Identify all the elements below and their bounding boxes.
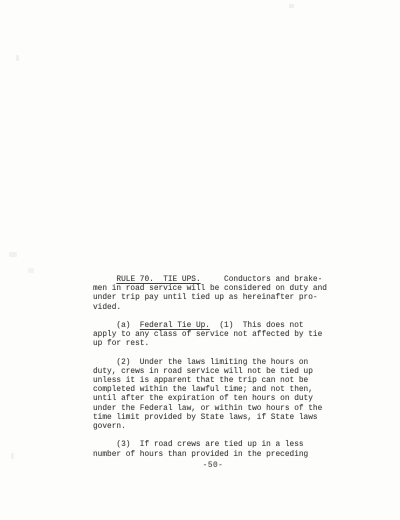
text-segment: duty, crews in road service will not be … [93, 368, 313, 376]
text-line: (a) Federal Tie Up. (1) This does not [93, 322, 333, 331]
text-line: vided. [93, 304, 333, 313]
text-line: RULE 70. TIE UPS. Conductors and brake- [93, 276, 333, 285]
text-line: duty, crews in road service will not be … [93, 368, 333, 377]
text-line: unless it is apparent that the trip can … [93, 377, 333, 386]
text-segment: up for rest. [93, 340, 149, 348]
text-segment: (a) [93, 322, 140, 330]
text-line: under the Federal law, or within two hou… [93, 405, 333, 414]
scan-artifact [289, 4, 294, 8]
page-number: -50- [93, 462, 333, 470]
text-segment: men in road service will be considered o… [93, 285, 327, 293]
text-line: (3) If road crews are tied up in a less [93, 441, 333, 450]
text-segment: completed within the lawful time; and no… [93, 386, 313, 394]
text-segment: unless it is apparent that the trip can … [93, 377, 308, 385]
text-segment: (2) Under the laws limiting the hours on [93, 359, 308, 367]
text-line: apply to any class of service not affect… [93, 331, 333, 340]
text-segment: (3) If road crews are tied up in a less [93, 441, 304, 449]
text-segment: time limit provided by State laws, if St… [93, 414, 318, 422]
text-segment [93, 276, 116, 284]
text-segment: vided. [93, 304, 121, 312]
document-page: RULE 70. TIE UPS. Conductors and brake-m… [0, 0, 400, 520]
blank-line [93, 432, 333, 441]
text-segment: Conductors and brake- [201, 276, 323, 284]
text-line: up for rest. [93, 340, 333, 349]
text-line: men in road service will be considered o… [93, 285, 333, 294]
scan-artifact [28, 268, 34, 273]
text-line: time limit provided by State laws, if St… [93, 414, 333, 423]
text-segment: under trip pay until tied up as hereinaf… [93, 294, 318, 302]
blank-line [93, 350, 333, 359]
text-line: govern. [93, 423, 333, 432]
text-segment: apply to any class of service not affect… [93, 331, 322, 339]
text-segment: until after the expiration of ten hours … [93, 395, 313, 403]
text-segment: number of hours than provided in the pre… [93, 451, 308, 459]
underlined-text: Federal Tie Up. [140, 322, 210, 330]
scan-artifact [16, 55, 19, 61]
text-line: under trip pay until tied up as hereinaf… [93, 294, 333, 303]
rule-text-block: RULE 70. TIE UPS. Conductors and brake-m… [93, 276, 333, 460]
text-line: (2) Under the laws limiting the hours on [93, 359, 333, 368]
scan-artifact [11, 453, 14, 459]
text-line: until after the expiration of ten hours … [93, 395, 333, 404]
text-segment: (1) This does not [210, 322, 304, 330]
text-line: number of hours than provided in the pre… [93, 451, 333, 460]
text-segment: govern. [93, 423, 126, 431]
blank-line [93, 313, 333, 322]
underlined-text: RULE 70. TIE UPS. [116, 276, 200, 284]
scan-artifact [9, 252, 17, 257]
text-segment: under the Federal law, or within two hou… [93, 405, 322, 413]
